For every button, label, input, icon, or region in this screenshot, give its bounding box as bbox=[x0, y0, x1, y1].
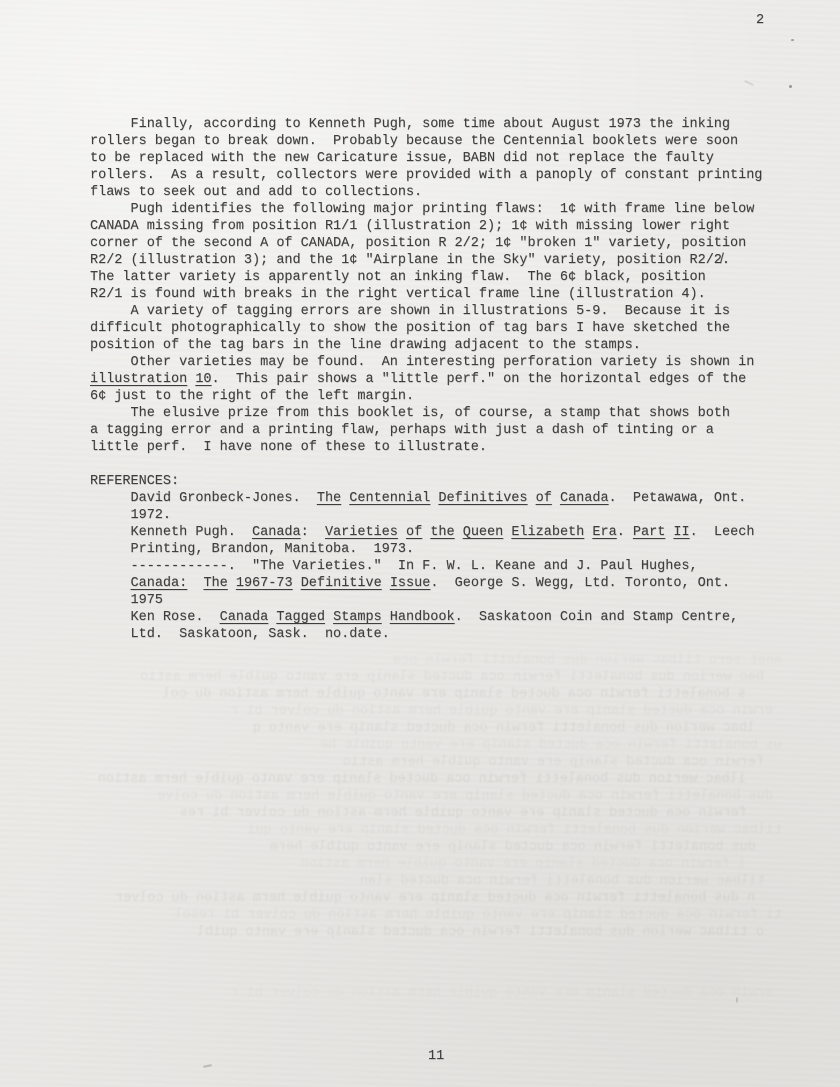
bleedthrough-texture-lower: erwin oca ducted slanip ere vanto quible… bbox=[58, 985, 782, 1002]
bleedthrough-line: us bonaletti ferwin oca ducted slanip er… bbox=[58, 737, 782, 754]
text-line: The latter variety is apparently not an … bbox=[90, 269, 800, 286]
text-line: 1972. bbox=[90, 507, 800, 524]
underlined-text: Definitive bbox=[301, 576, 382, 591]
bleedthrough-line: ferwin oca ducted slanip ere vanto quibl… bbox=[58, 754, 782, 771]
underlined-text: of bbox=[536, 491, 552, 506]
underlined-text: The bbox=[203, 576, 227, 591]
underlined-text: 1967-73 bbox=[236, 576, 293, 591]
references-heading: REFERENCES: bbox=[90, 473, 800, 490]
text-line: Printing, Brandon, Manitoba. 1973. bbox=[90, 541, 800, 558]
bleedthrough-line: tilbac werion dus bonaletti ferwin oca d… bbox=[58, 873, 782, 890]
underlined-text: Part bbox=[633, 525, 665, 540]
text-line: corner of the second A of CANADA, positi… bbox=[90, 235, 800, 252]
bleedthrough-line: o tilbac werion dus bonaletti ferwin oca… bbox=[58, 924, 782, 941]
text-line: R2/2 (illustration 3); and the 1¢ "Airpl… bbox=[90, 252, 800, 269]
bleedthrough-line: dus bonaletti ferwin oca ducted slanip e… bbox=[58, 788, 782, 805]
underlined-text: Canada bbox=[220, 610, 269, 625]
underlined-text: Era bbox=[592, 525, 616, 540]
paper-speck bbox=[736, 997, 738, 1003]
underlined-text: Tagged bbox=[276, 610, 325, 625]
text-line: CANADA missing from position R1/1 (illus… bbox=[90, 218, 800, 235]
text-line: illustration 10. This pair shows a "litt… bbox=[90, 371, 800, 388]
bleedthrough-line: i ferwin oca ducted slanip ere vanto qui… bbox=[58, 856, 782, 873]
bleedthrough-line: n dus bonaletti ferwin oca ducted slanip… bbox=[58, 890, 782, 907]
text-column: Finally, according to Kenneth Pugh, some… bbox=[90, 116, 800, 643]
paper-speck bbox=[744, 80, 754, 86]
underlined-text: The bbox=[317, 491, 341, 506]
text-line: Pugh identifies the following major prin… bbox=[90, 201, 800, 218]
underlined-text: Handbook bbox=[390, 610, 455, 625]
text-line: 6¢ just to the right of the left margin. bbox=[90, 388, 800, 405]
underlined-text: Canada: bbox=[131, 576, 188, 591]
text-line: ------------. "The Varieties." In F. W. … bbox=[90, 558, 800, 575]
text-line: difficult photographically to show the p… bbox=[90, 320, 800, 337]
underlined-text: Stamps bbox=[333, 610, 382, 625]
text-line: Canada: The 1967-73 Definitive Issue. Ge… bbox=[90, 575, 800, 592]
text-line: Kenneth Pugh. Canada: Varieties of the Q… bbox=[90, 524, 800, 541]
text-line: Other varieties may be found. An interes… bbox=[90, 354, 800, 371]
underlined-text: 10 bbox=[195, 372, 211, 387]
document-page: 2 Finally, according to Kenneth Pugh, so… bbox=[0, 0, 840, 1087]
underlined-text: Definitives bbox=[438, 491, 527, 506]
bleedthrough-texture: anet sero tilbac werion dus bonaletti fe… bbox=[58, 652, 782, 941]
text-line: to be replaced with the new Caricature i… bbox=[90, 150, 800, 167]
text-line: rollers began to break down. Probably be… bbox=[90, 133, 800, 150]
body-paragraphs: Finally, according to Kenneth Pugh, some… bbox=[90, 116, 800, 456]
references-entries: David Gronbeck-Jones. The Centennial Def… bbox=[90, 490, 800, 643]
underlined-text: illustration bbox=[90, 372, 187, 387]
text-line: rollers. As a result, collectors were pr… bbox=[90, 167, 800, 184]
page-number-top: 2 bbox=[756, 12, 764, 29]
text-line: A variety of tagging errors are shown in… bbox=[90, 303, 800, 320]
text-line: position of the tag bars in the line dra… bbox=[90, 337, 800, 354]
text-line: 1975 bbox=[90, 592, 800, 609]
text-line: R2/1 is found with breaks in the right v… bbox=[90, 286, 800, 303]
page-number-bottom: 11 bbox=[428, 1048, 444, 1065]
bleedthrough-line: s bonaletti ferwin oca ducted slanip ere… bbox=[58, 686, 782, 703]
bleedthrough-line: ti ferwin oca ducted slanip ere vanto qu… bbox=[58, 907, 782, 924]
text-line: Finally, according to Kenneth Pugh, some… bbox=[90, 116, 800, 133]
bleedthrough-line: erwin oca ducted slanip ere vanto quible… bbox=[58, 703, 782, 720]
paper-speck bbox=[203, 1064, 212, 1067]
text-line: Ltd. Saskatoon, Sask. no.date. bbox=[90, 626, 800, 643]
bleedthrough-line: tilbac werion dus bonaletti ferwin oca d… bbox=[58, 822, 782, 839]
underlined-text: Varieties bbox=[325, 525, 398, 540]
bleedthrough-line: ferwin oca ducted slanip ere vanto quibl… bbox=[58, 805, 782, 822]
bleedthrough-line: lbac werion dus bonaletti ferwin oca duc… bbox=[58, 720, 782, 737]
underlined-text: II bbox=[673, 525, 689, 540]
underlined-text: Queen bbox=[463, 525, 504, 540]
text-line: a tagging error and a printing flaw, per… bbox=[90, 422, 800, 439]
underlined-text: Issue bbox=[390, 576, 431, 591]
text-line: flaws to seek out and add to collections… bbox=[90, 184, 800, 201]
underlined-text: Elizabeth bbox=[511, 525, 584, 540]
paper-speck bbox=[789, 85, 792, 88]
underlined-text: the bbox=[430, 525, 454, 540]
underlined-text: of bbox=[406, 525, 422, 540]
text-line: little perf. I have none of these to ill… bbox=[90, 439, 800, 456]
bleedthrough-line: erwin oca ducted slanip ere vanto quible… bbox=[58, 985, 782, 1002]
underlined-text: Centennial bbox=[349, 491, 430, 506]
underlined-text: Canada bbox=[560, 491, 609, 506]
underlined-text: Canada bbox=[252, 525, 301, 540]
text-line: David Gronbeck-Jones. The Centennial Def… bbox=[90, 490, 800, 507]
bleedthrough-line: bac werion dus bonaletti ferwin oca duct… bbox=[58, 669, 782, 686]
references-section: REFERENCES: David Gronbeck-Jones. The Ce… bbox=[90, 473, 800, 643]
text-line: The elusive prize from this booklet is, … bbox=[90, 405, 800, 422]
text-line: Ken Rose. Canada Tagged Stamps Handbook.… bbox=[90, 609, 800, 626]
bleedthrough-line: dus bonaletti ferwin oca ducted slanip e… bbox=[58, 839, 782, 856]
bleedthrough-line: ilbac werion dus bonaletti ferwin oca du… bbox=[58, 771, 782, 788]
bleedthrough-line: anet sero tilbac werion dus bonaletti fe… bbox=[58, 652, 782, 669]
paper-speck bbox=[791, 39, 794, 41]
